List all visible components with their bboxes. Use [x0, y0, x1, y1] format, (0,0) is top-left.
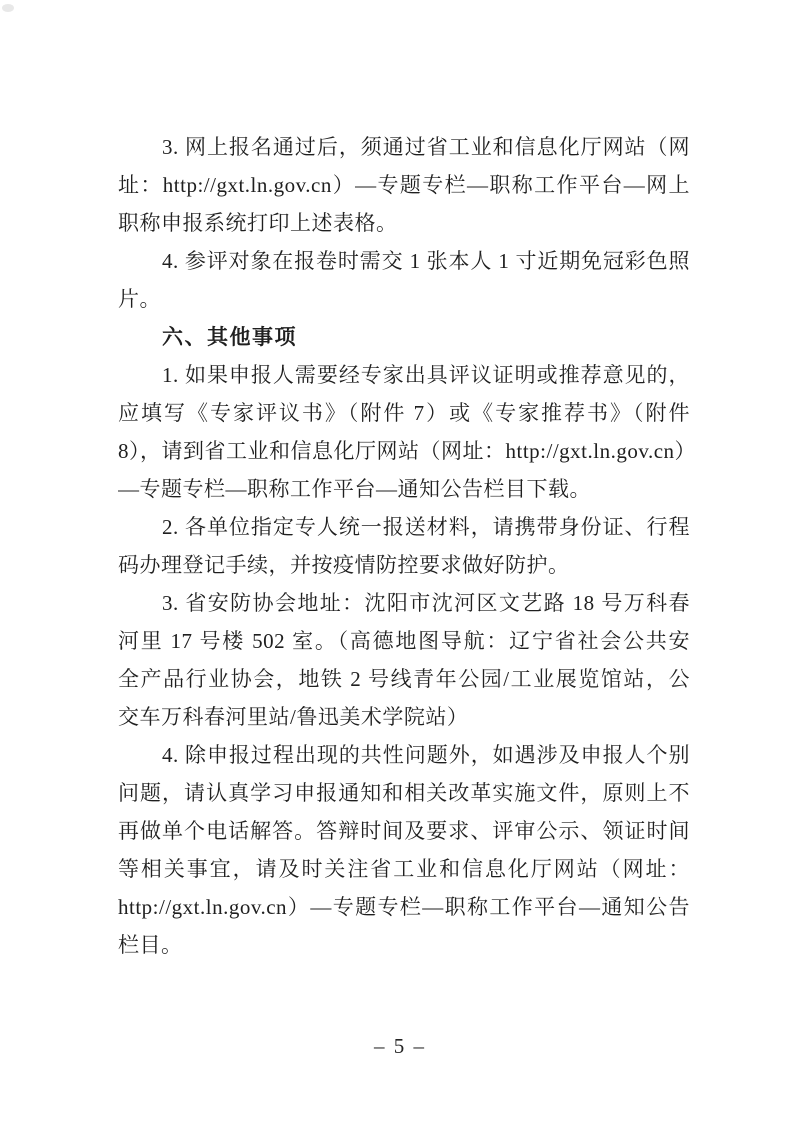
scan-artifact	[2, 4, 14, 12]
page-number: – 5 –	[0, 1034, 800, 1059]
paragraph-line: 应填写《专家评议书》（附件 7）或《专家推荐书》（附件	[118, 394, 690, 432]
paragraph-line: 4. 参评对象在报卷时需交 1 张本人 1 寸近期免冠彩色照	[118, 242, 690, 280]
section-heading: 六、其他事项	[118, 318, 690, 356]
document-body: 3. 网上报名通过后，须通过省工业和信息化厅网站（网 址：http://gxt.…	[118, 128, 690, 964]
paragraph-line: 再做单个电话解答。答辩时间及要求、评审公示、领证时间	[118, 812, 690, 850]
document-page: 3. 网上报名通过后，须通过省工业和信息化厅网站（网 址：http://gxt.…	[0, 0, 800, 1131]
paragraph-line: 3. 网上报名通过后，须通过省工业和信息化厅网站（网	[118, 128, 690, 166]
paragraph-line: 1. 如果申报人需要经专家出具评议证明或推荐意见的，	[118, 356, 690, 394]
paragraph-line: 8），请到省工业和信息化厅网站（网址：http://gxt.ln.gov.cn）	[118, 432, 690, 470]
paragraph-line: 址：http://gxt.ln.gov.cn）—专题专栏—职称工作平台—网上	[118, 166, 690, 204]
paragraph-line: 片。	[118, 280, 690, 318]
paragraph-line: 交车万科春河里站/鲁迅美术学院站）	[118, 698, 690, 736]
paragraph-line: 职称申报系统打印上述表格。	[118, 204, 690, 242]
paragraph-line: 河里 17 号楼 502 室。（高德地图导航：辽宁省社会公共安	[118, 622, 690, 660]
paragraph-line: —专题专栏—职称工作平台—通知公告栏目下载。	[118, 470, 690, 508]
paragraph-line: 栏目。	[118, 926, 690, 964]
paragraph-line: 2. 各单位指定专人统一报送材料，请携带身份证、行程	[118, 508, 690, 546]
paragraph-line: 全产品行业协会，地铁 2 号线青年公园/工业展览馆站，公	[118, 660, 690, 698]
paragraph-line: 问题，请认真学习申报通知和相关改革实施文件，原则上不	[118, 774, 690, 812]
paragraph-line: 3. 省安防协会地址：沈阳市沈河区文艺路 18 号万科春	[118, 584, 690, 622]
paragraph-line: 码办理登记手续，并按疫情防控要求做好防护。	[118, 546, 690, 584]
paragraph-line: http://gxt.ln.gov.cn）—专题专栏—职称工作平台—通知公告	[118, 888, 690, 926]
paragraph-line: 4. 除申报过程出现的共性问题外，如遇涉及申报人个别	[118, 736, 690, 774]
paragraph-line: 等相关事宜，请及时关注省工业和信息化厅网站（网址：	[118, 850, 690, 888]
